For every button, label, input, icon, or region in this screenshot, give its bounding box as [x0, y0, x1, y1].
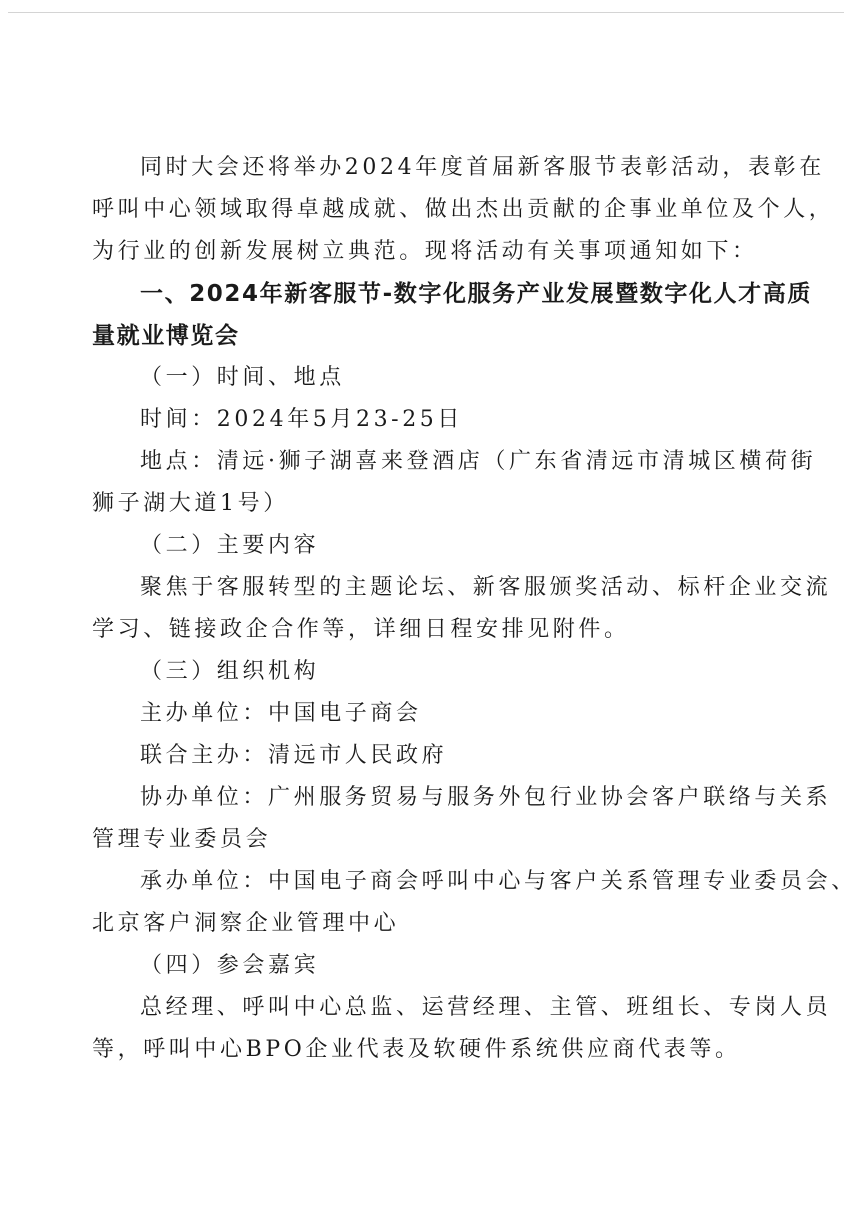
- main-content-line-1: 聚焦于客服转型的主题论坛、新客服颁奖活动、标杆企业交流: [140, 567, 831, 609]
- co-host-organization: 联合主办：清远市人民政府: [140, 735, 447, 777]
- scan-edge-rule: [8, 12, 844, 13]
- organizer-line-1: 承办单位：中国电子商会呼叫中心与客户关系管理专业委员会、: [140, 861, 852, 903]
- event-location-line-1: 地点：清远·狮子湖喜来登酒店（广东省清远市清城区横荷街: [140, 441, 816, 483]
- subsection-title-main-content: （二）主要内容: [140, 525, 319, 567]
- subsection-title-time-location: （一）时间、地点: [140, 357, 345, 399]
- intro-line-1: 同时大会还将举办2024年度首届新客服节表彰活动，表彰在: [140, 147, 825, 189]
- guests-line-1: 总经理、呼叫中心总监、运营经理、主管、班组长、专岗人员: [140, 987, 831, 1029]
- main-content-line-2: 学习、链接政企合作等，详细日程安排见附件。: [92, 609, 630, 651]
- intro-line-3: 为行业的创新发展树立典范。现将活动有关事项通知如下：: [92, 231, 758, 273]
- section-heading-line-1: 一、2024年新客服节-数字化服务产业发展暨数字化人才高质: [140, 273, 812, 315]
- subsection-title-guests: （四）参会嘉宾: [140, 945, 319, 987]
- section-heading-line-2: 量就业博览会: [92, 315, 240, 357]
- organizer-line-2: 北京客户洞察企业管理中心: [92, 903, 399, 945]
- assisting-organization-line-2: 管理专业委员会: [92, 819, 271, 861]
- guests-line-2: 等，呼叫中心BPO企业代表及软硬件系统供应商代表等。: [92, 1029, 741, 1071]
- event-location-line-2: 狮子湖大道1号）: [92, 483, 289, 525]
- event-time: 时间：2024年5月23-25日: [140, 399, 463, 441]
- assisting-organization-line-1: 协办单位：广州服务贸易与服务外包行业协会客户联络与关系: [140, 777, 831, 819]
- intro-line-2: 呼叫中心领域取得卓越成就、做出杰出贡献的企事业单位及个人，: [92, 189, 834, 231]
- subsection-title-organization: （三）组织机构: [140, 651, 319, 693]
- host-organization: 主办单位：中国电子商会: [140, 693, 422, 735]
